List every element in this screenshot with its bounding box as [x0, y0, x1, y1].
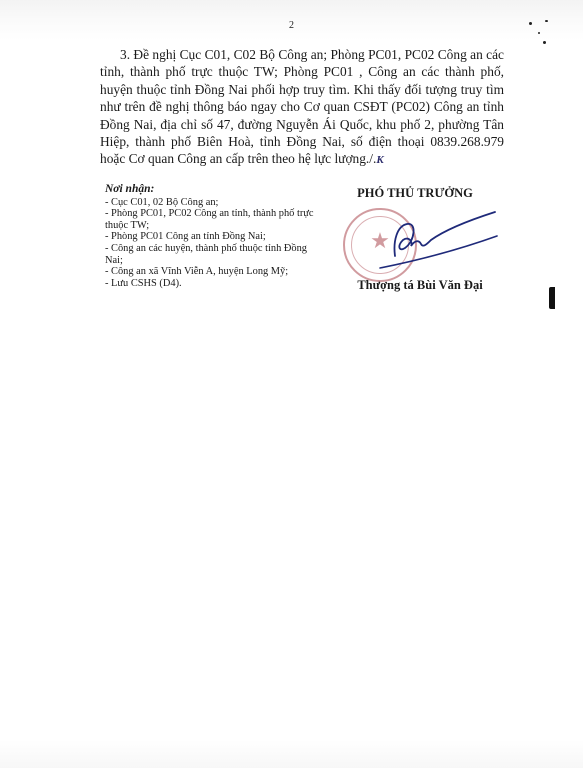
recipient-item: - Lưu CSHS (D4).: [105, 278, 320, 290]
signature-block: PHÓ THỦ TRƯỞNG ★ Thượng tá Bùi Văn Đại: [330, 186, 500, 316]
recipient-item: - Cục C01, 02 Bộ Công an;: [105, 197, 320, 209]
scan-speck: [545, 20, 548, 22]
signer-title: PHÓ THỦ TRƯỞNG: [330, 186, 500, 201]
body-paragraph-text: 3. Đề nghị Cục C01, C02 Bộ Công an; Phòn…: [100, 47, 504, 166]
recipient-item: - Phòng PC01, PC02 Công an tỉnh, thành p…: [105, 208, 320, 231]
document-page: 2 3. Đề nghị Cục C01, C02 Bộ Công an; Ph…: [0, 0, 583, 768]
scan-speck: [543, 41, 546, 44]
handwritten-signature: [375, 206, 500, 276]
recipient-item: - Công an các huyện, thành phố thuộc tỉn…: [105, 243, 320, 266]
scan-edge-mark: [549, 287, 555, 309]
handwritten-initials: K: [376, 154, 383, 166]
recipients-title: Nơi nhận:: [105, 184, 320, 196]
body-paragraph-block: 3. Đề nghị Cục C01, C02 Bộ Công an; Phòn…: [100, 46, 504, 170]
signer-name: Thượng tá Bùi Văn Đại: [340, 278, 500, 293]
recipients-list: - Cục C01, 02 Bộ Công an; - Phòng PC01, …: [105, 197, 320, 290]
recipient-item: - Phòng PC01 Công an tỉnh Đồng Nai;: [105, 231, 320, 243]
scan-speck: [538, 32, 540, 34]
body-paragraph: 3. Đề nghị Cục C01, C02 Bộ Công an; Phòn…: [100, 46, 504, 170]
recipients-block: Nơi nhận: - Cục C01, 02 Bộ Công an; - Ph…: [105, 184, 320, 289]
page-number: 2: [0, 20, 583, 31]
recipient-item: - Công an xã Vĩnh Viễn A, huyện Long Mỹ;: [105, 266, 320, 278]
scan-speck: [529, 22, 532, 25]
